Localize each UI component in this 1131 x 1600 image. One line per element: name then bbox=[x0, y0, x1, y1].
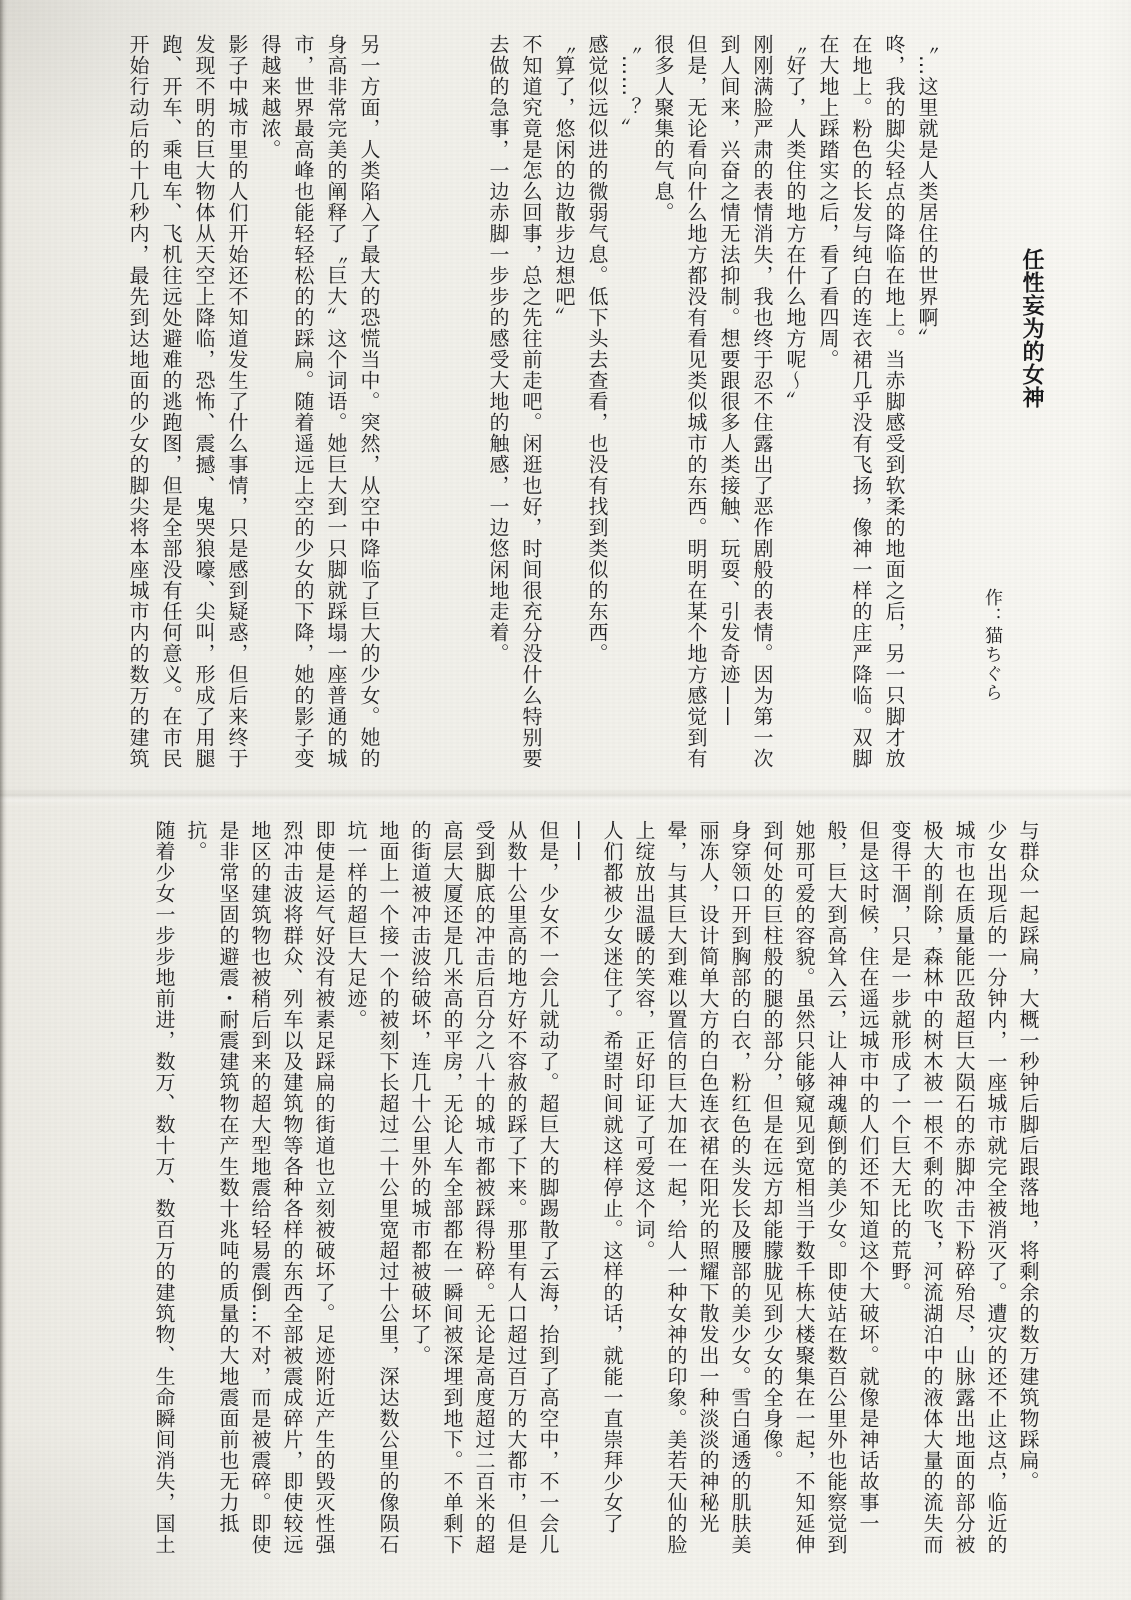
blank-line bbox=[449, 34, 481, 782]
top-page-text: 〝…这里就是人类居住的世界啊〞咚，我的脚尖轻点的降临在地上。当赤脚感受到软柔的地… bbox=[121, 34, 943, 782]
scanned-book-page: 任性妄为的女神 作：猫ちぐら 〝…这里就是人类居住的世界啊〞咚，我的脚尖轻点的降… bbox=[0, 0, 1131, 1600]
paragraph: 少女出现后的一分钟内，一座城市就完全被消灭了。遭灾的还不止这点，临近的城市也在质… bbox=[884, 820, 1012, 1568]
paragraph: 但是，无论看向什么地方都没有看见类似城市的东西。明明在某个地方感觉到有很多人聚集… bbox=[646, 34, 712, 782]
paragraph: 咚，我的脚尖轻点的降临在地上。当赤脚感受到软柔的地面之后，另一只脚才放在地上。粉… bbox=[811, 34, 910, 782]
paragraph: 但是这时候，住在遥远城市中的人们还不知道这个大破坏。就像是神话故事一般，巨大到高… bbox=[756, 820, 884, 1568]
paragraph: 感觉似远似进的微弱气息。低下头去查看，也没有找到类似的东西。 bbox=[580, 34, 613, 782]
story-title: 任性妄为的女神 bbox=[1016, 248, 1046, 409]
paragraph: 人们都被少女迷住了。希望时间就这样停止。这样的话，就能一直崇拜少女了—— bbox=[564, 820, 628, 1568]
paragraph: 影子中城市里的人们开始还不知道发生了什么事情，只是感到疑惑，但后来终于发现不明的… bbox=[121, 34, 253, 782]
dialogue-line: 〝……？〞 bbox=[613, 34, 646, 782]
paragraph: 随着少女一步步地前进，数万、数十万、数百万的建筑物、生命瞬间消失，国土 bbox=[148, 820, 180, 1568]
author-credit: 作：猫ちぐら bbox=[980, 588, 1004, 702]
paragraph: 地面上一个接一个的被刻下长超过二十公里宽超过十公里，深达数公里的像陨石坑一样的超… bbox=[340, 820, 404, 1568]
paragraph: 与群众一起踩扁，大概一秒钟后脚后跟落地，将剩余的数万建筑物踩扁。 bbox=[1012, 820, 1044, 1568]
dialogue-line: 〝算了，悠闲的边散步边想吧〞 bbox=[547, 34, 580, 782]
dialogue-line: 〝好了，人类住的地方在什么地方呢～〞 bbox=[778, 34, 811, 782]
scan-edge-shadow bbox=[0, 0, 7, 1600]
dialogue-line: 〝…这里就是人类居住的世界啊〞 bbox=[910, 34, 943, 782]
blank-line bbox=[417, 34, 449, 782]
paragraph: 另一方面，人类陷入了最大的恐慌当中。突然，从空中降临了巨大的少女。她的身高非常完… bbox=[253, 34, 385, 782]
page-seam bbox=[0, 788, 1131, 806]
paragraph: 但是，少女不一会儿就动了。超巨大的脚踢散了云海，抬到了高空中，不一会儿从数十公里… bbox=[404, 820, 564, 1568]
paragraph: 即使是运气好没有被素足踩扁的街道也立刻被破坏了。足迹附近产生的毁灭性强烈冲击波将… bbox=[180, 820, 340, 1568]
paragraph: 不知道究竟是怎么回事，总之先往前走吧。闲逛也好，时间很充分没什么特别要去做的急事… bbox=[481, 34, 547, 782]
bottom-page-text: 与群众一起踩扁，大概一秒钟后脚后跟落地，将剩余的数万建筑物踩扁。少女出现后的一分… bbox=[148, 820, 1044, 1568]
blank-line bbox=[385, 34, 417, 782]
paragraph: 身穿领口开到胸部的白衣，粉红色的头发长及腰部的美少女。雪白通透的肌肤美丽冻人，设… bbox=[628, 820, 756, 1568]
paragraph: 刚刚满脸严肃的表情消失，我也终于忍不住露出了恶作剧般的表情。因为第一次到人间来，… bbox=[712, 34, 778, 782]
